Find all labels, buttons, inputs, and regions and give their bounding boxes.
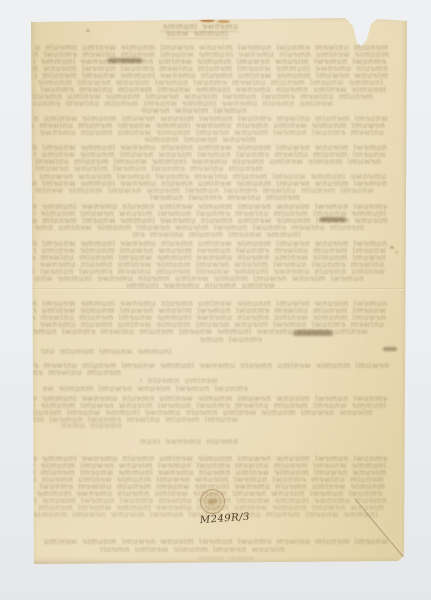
age-spot [390,246,394,249]
age-spot [200,19,215,22]
torn-corner-notch [375,18,407,46]
paper-sheet: umenwe inumme wnuemi menuim uniwem emnuw… [30,18,407,564]
photo-background: umenwe inumme wnuemi menuim uniwem emnuw… [0,0,431,600]
age-spot [217,20,230,23]
horizontal-fold-crease [32,288,404,289]
age-spot [86,29,90,32]
age-spots-layer [30,18,407,564]
age-spot [395,251,398,253]
